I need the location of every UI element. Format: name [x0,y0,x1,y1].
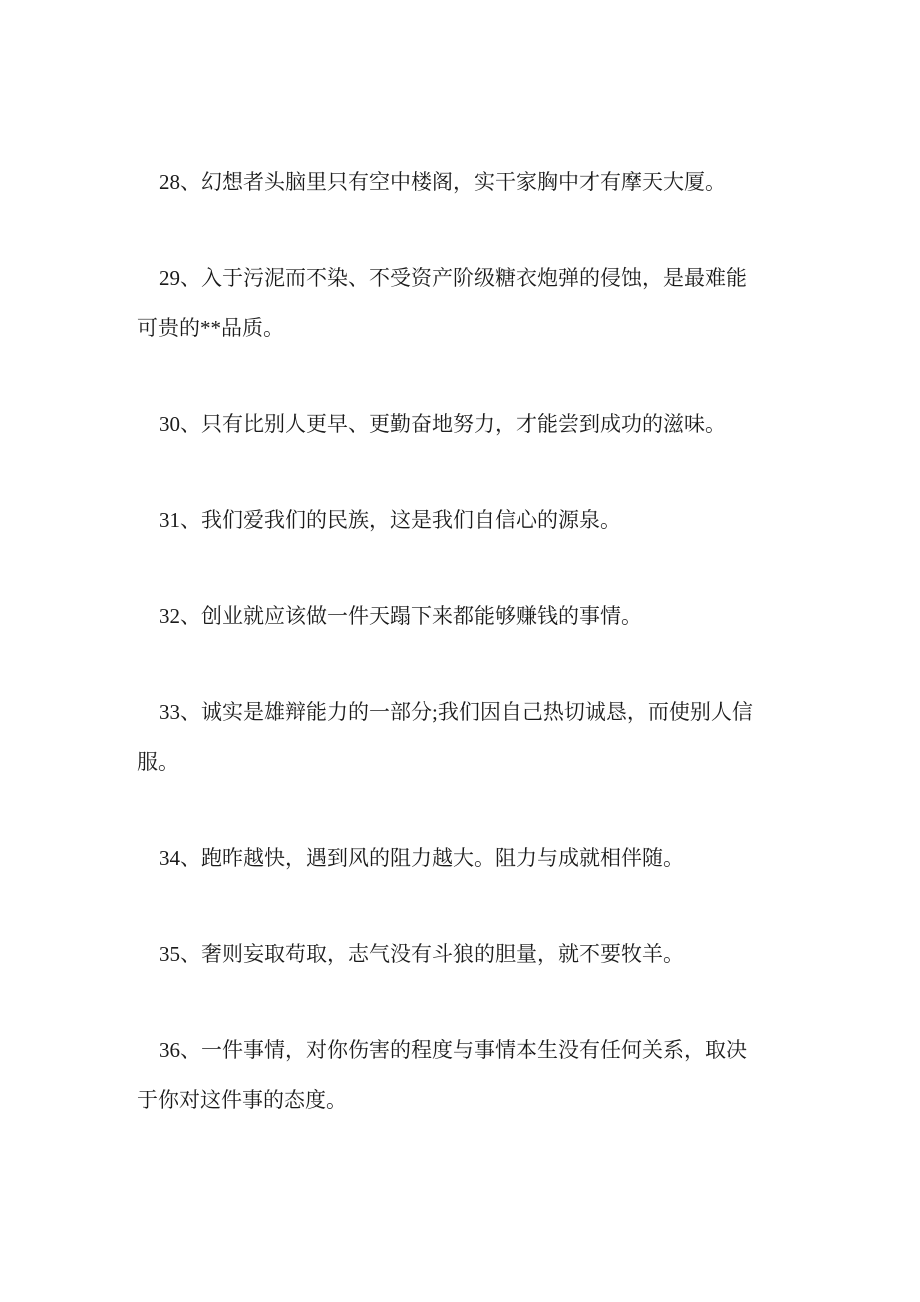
paragraph-33: 33、诚实是雄辩能力的一部分;我们因自己热切诚恳，而使别人信 服。 [137,687,860,787]
document-page: 28、幻想者头脑里只有空中楼阁，实干家胸中才有摩天大厦。29、入于污泥而不染、不… [0,0,920,1302]
paragraph-35: 35、奢则妄取苟取，志气没有斗狼的胆量，就不要牧羊。 [137,929,860,979]
paragraph-31: 31、我们爱我们的民族，这是我们自信心的源泉。 [137,495,860,545]
paragraph-32: 32、创业就应该做一件天蹋下来都能够赚钱的事情。 [137,591,860,641]
paragraph-36: 36、一件事情，对你伤害的程度与事情本生没有任何关系，取决 于你对这件事的态度。 [137,1025,860,1125]
paragraph-30: 30、只有比别人更早、更勤奋地努力，才能尝到成功的滋味。 [137,399,860,449]
document-body: 28、幻想者头脑里只有空中楼阁，实干家胸中才有摩天大厦。29、入于污泥而不染、不… [137,157,860,1125]
paragraph-28: 28、幻想者头脑里只有空中楼阁，实干家胸中才有摩天大厦。 [137,157,860,207]
paragraph-34: 34、跑昨越快，遇到风的阻力越大。阻力与成就相伴随。 [137,833,860,883]
paragraph-29: 29、入于污泥而不染、不受资产阶级糖衣炮弹的侵蚀，是最难能 可贵的**品质。 [137,253,860,353]
